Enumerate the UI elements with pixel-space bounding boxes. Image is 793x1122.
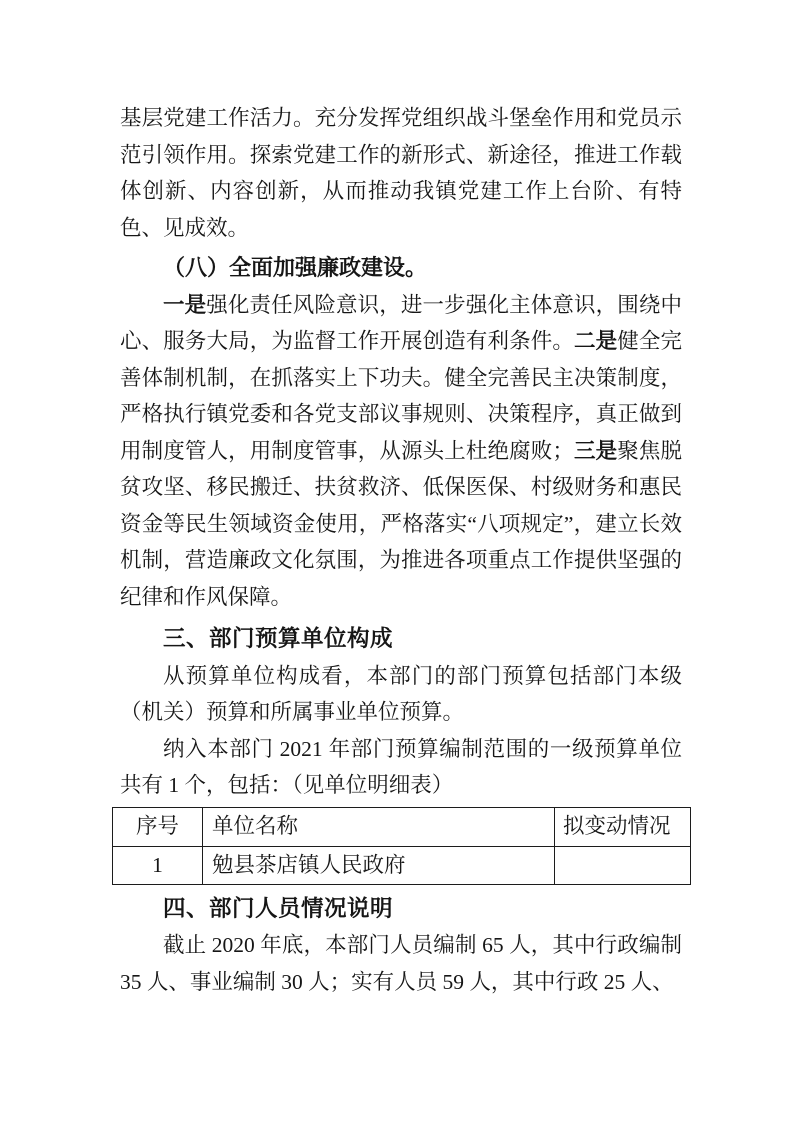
table-cell: 1 — [113, 846, 203, 884]
section-heading: （八）全面加强廉政建设。 — [120, 250, 682, 287]
bold-text-run: 三、部门预算单位构成 — [163, 626, 393, 651]
bold-text-run: （八）全面加强廉政建设。 — [163, 255, 427, 280]
bold-text-run: 一是 — [163, 293, 206, 317]
table-row: 1勉县茶店镇人民政府 — [113, 846, 691, 884]
paragraph: 从预算单位构成看，本部门的部门预算包括部门本级（机关）预算和所属事业单位预算。 — [120, 658, 682, 731]
section-heading: 四、部门人员情况说明 — [120, 891, 682, 928]
paragraph: 基层党建工作活力。充分发挥党组织战斗堡垒作用和党员示范引领作用。探索党建工作的新… — [120, 100, 682, 246]
table-cell: 勉县茶店镇人民政府 — [203, 846, 555, 884]
table-header-cell: 序号 — [113, 807, 203, 846]
budget-units-table: 序号单位名称拟变动情况1勉县茶店镇人民政府 — [112, 807, 691, 885]
table-header-cell: 拟变动情况 — [555, 807, 691, 846]
document-content: 基层党建工作活力。充分发挥党组织战斗堡垒作用和党员示范引领作用。探索党建工作的新… — [120, 100, 682, 1000]
paragraph: 纳入本部门 2021 年部门预算编制范围的一级预算单位共有 1 个，包括：（见单… — [120, 731, 682, 804]
table-header-cell: 单位名称 — [203, 807, 555, 846]
paragraph: 截止 2020 年底，本部门人员编制 65 人，其中行政编制 35 人、事业编制… — [120, 927, 682, 1000]
text-run: 聚焦脱贫攻坚、移民搬迁、扶贫救济、低保医保、村级财务和惠民资金等民生领域资金使用… — [120, 439, 682, 609]
bold-text-run: 二是 — [574, 329, 617, 353]
bold-text-run: 四、部门人员情况说明 — [163, 896, 393, 921]
document-page: 基层党建工作活力。充分发挥党组织战斗堡垒作用和党员示范引领作用。探索党建工作的新… — [0, 0, 793, 1122]
text-run: 截止 2020 年底，本部门人员编制 65 人，其中行政编制 35 人、事业编制… — [120, 933, 682, 994]
text-run: 基层党建工作活力。充分发挥党组织战斗堡垒作用和党员示范引领作用。探索党建工作的新… — [120, 106, 682, 240]
table-cell — [555, 846, 691, 884]
text-run: 从预算单位构成看，本部门的部门预算包括部门本级（机关）预算和所属事业单位预算。 — [120, 664, 682, 725]
bold-text-run: 三是 — [574, 439, 617, 463]
table-header-row: 序号单位名称拟变动情况 — [113, 807, 691, 846]
text-run: 纳入本部门 2021 年部门预算编制范围的一级预算单位共有 1 个，包括：（见单… — [120, 737, 682, 798]
paragraph: 一是强化责任风险意识，进一步强化主体意识，围绕中心、服务大局，为监督工作开展创造… — [120, 287, 682, 616]
section-heading: 三、部门预算单位构成 — [120, 621, 682, 658]
